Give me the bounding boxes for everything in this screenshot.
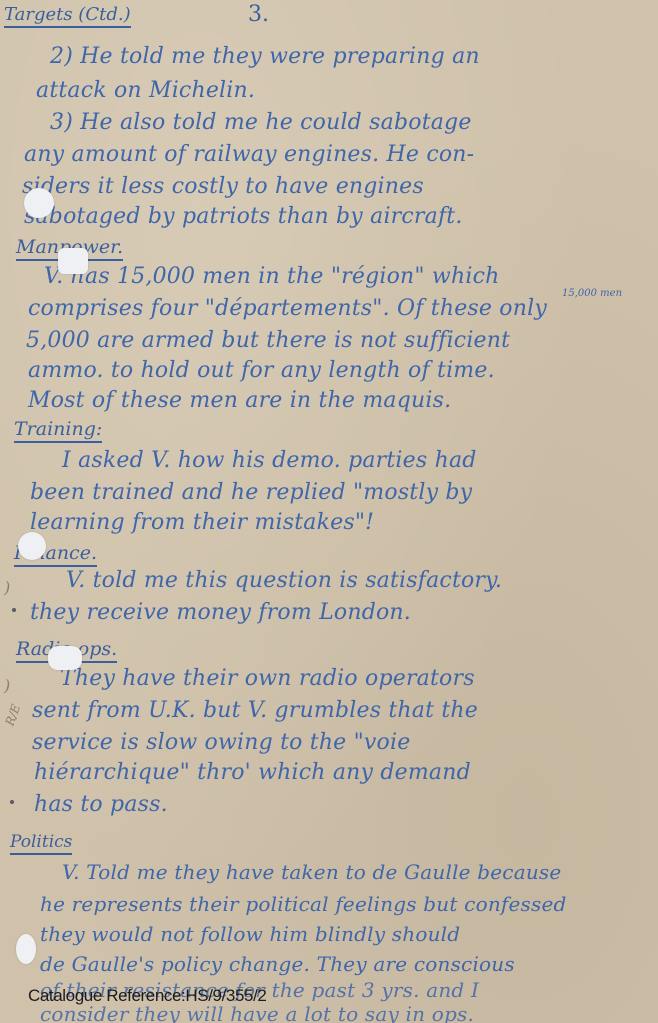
text-line: V. has 15,000 men in the "région" which [44,264,499,289]
text-line: ammo. to hold out for any length of time… [28,358,495,383]
text-line: hiérarchique" thro' which any demand [34,760,471,785]
text-line: 3) He also told me he could sabotage [50,110,472,135]
text-line: They have their own radio operators [60,666,475,691]
catalogue-reference: Catalogue Reference:HS/9/355/2 [28,986,266,1006]
punch-hole [18,532,46,560]
section-heading-targets: Targets (Ctd.) [4,4,131,28]
punch-hole [58,248,88,274]
text-line: service is slow owing to the "voie [32,730,410,755]
section-heading-politics: Politics [10,832,72,855]
text-line: 5,000 are armed but there is not suffici… [26,328,510,353]
text-line: de Gaulle's policy change. They are cons… [40,952,515,976]
text-line: comprises four "départements". Of these … [28,296,547,321]
text-line: learning from their mistakes"! [30,510,374,535]
interlinear-note: 15,000 men [562,288,622,299]
text-line: Most of these men are in the maquis. [28,388,451,413]
document-page: Targets (Ctd.) 3. 2) He told me they wer… [0,0,658,1023]
text-line: V. told me this question is satisfactory… [66,568,502,593]
text-line: sent from U.K. but V. grumbles that the [32,698,478,723]
text-line: V. Told me they have taken to de Gaulle … [62,860,561,884]
section-heading-training: Training: [14,418,102,443]
text-line: 2) He told me they were preparing an [50,44,480,69]
margin-dot [12,608,16,612]
punch-hole [48,646,82,670]
text-line: I asked V. how his demo. parties had [62,448,477,473]
margin-note: R/E [3,702,24,727]
text-line: siders it less costly to have engines [22,174,424,199]
text-line: they would not follow him blindly should [40,922,460,946]
margin-dot [10,800,14,804]
text-line: they receive money from London. [30,600,411,625]
text-line: he represents their political feelings b… [40,892,567,916]
text-line: has to pass. [34,792,168,817]
margin-mark: ) [4,676,10,695]
margin-mark: ) [4,578,10,597]
punch-hole [24,188,54,218]
text-line: any amount of railway engines. He con- [24,142,474,167]
text-line: attack on Michelin. [36,78,255,103]
text-line: been trained and he replied "mostly by [30,480,472,505]
text-line: sabotaged by patriots than by aircraft. [24,204,463,229]
page-number: 3. [248,2,269,27]
punch-hole [16,934,36,964]
